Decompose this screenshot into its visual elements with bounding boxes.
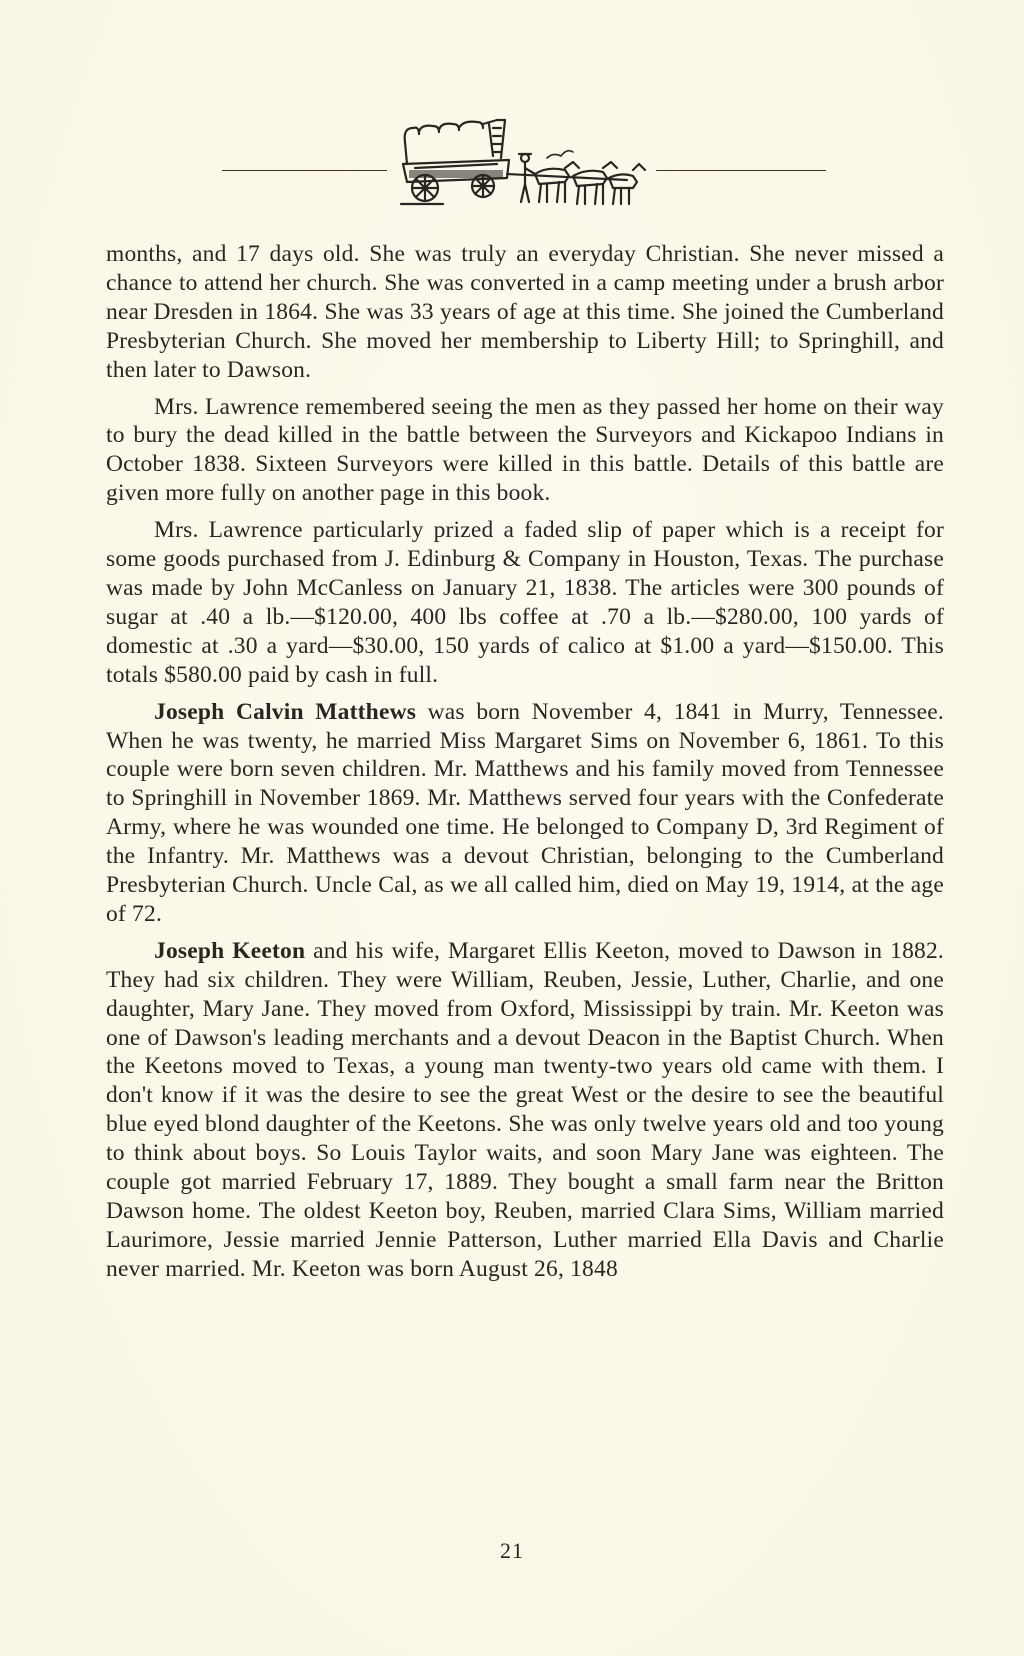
person-name-heading: Joseph Keeton	[154, 938, 305, 964]
person-name-heading: Joseph Calvin Matthews	[154, 699, 416, 725]
covered-wagon-icon	[397, 118, 647, 208]
paragraph-text: was born November 4, 1841 in Murry, Tenn…	[106, 699, 944, 927]
paragraph-text: months, and 17 days old. She was truly a…	[106, 241, 944, 383]
header-ornament	[222, 118, 826, 208]
body-text: months, and 17 days old. She was truly a…	[106, 240, 944, 1292]
paragraph-continuation: months, and 17 days old. She was truly a…	[106, 240, 944, 385]
page-number: 21	[0, 1538, 1024, 1564]
paragraph-lawrence-battle: Mrs. Lawrence remembered seeing the men …	[106, 393, 944, 509]
paragraph-matthews: Joseph Calvin Matthews was born November…	[106, 698, 944, 929]
paragraph-keeton: Joseph Keeton and his wife, Margaret Ell…	[106, 937, 944, 1284]
ornament-rule-right	[656, 170, 826, 171]
ornament-rule-left	[222, 170, 387, 171]
book-page: months, and 17 days old. She was truly a…	[0, 0, 1024, 1656]
paragraph-lawrence-receipt: Mrs. Lawrence particularly prized a fade…	[106, 516, 944, 689]
paragraph-text: and his wife, Margaret Ellis Keeton, mov…	[106, 938, 944, 1282]
paragraph-text: Mrs. Lawrence particularly prized a fade…	[106, 517, 944, 688]
paragraph-text: Mrs. Lawrence remembered seeing the men …	[106, 394, 944, 507]
